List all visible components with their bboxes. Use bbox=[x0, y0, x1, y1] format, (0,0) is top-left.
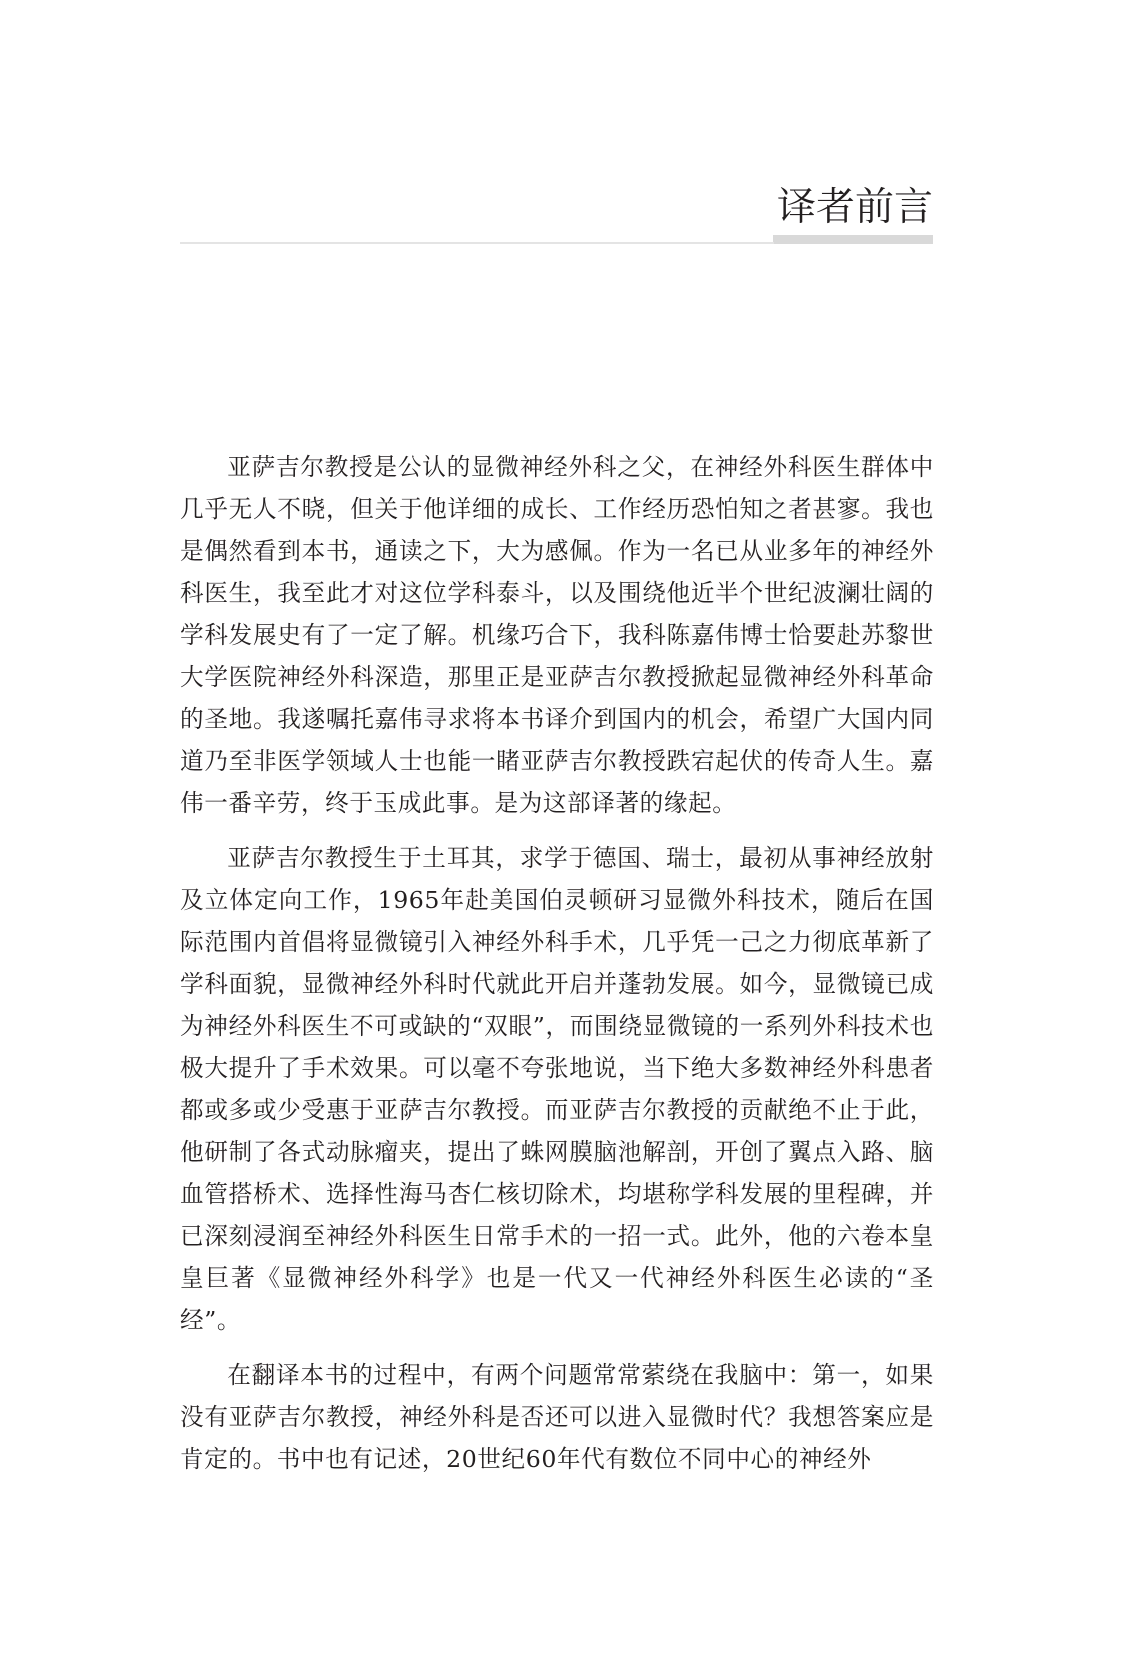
paragraph-2: 亚萨吉尔教授生于土耳其，求学于德国、瑞士，最初从事神经放射及立体定向工作，196… bbox=[180, 837, 934, 1341]
body-text: 亚萨吉尔教授是公认的显微神经外科之父，在神经外科医生群体中几乎无人不晓，但关于他… bbox=[180, 446, 934, 1493]
paragraph-1: 亚萨吉尔教授是公认的显微神经外科之父，在神经外科医生群体中几乎无人不晓，但关于他… bbox=[180, 446, 934, 824]
chapter-title: 译者前言 bbox=[773, 182, 933, 234]
chapter-heading: 译者前言 bbox=[773, 182, 933, 244]
document-page: 译者前言 亚萨吉尔教授是公认的显微神经外科之父，在神经外科医生群体中几乎无人不晓… bbox=[0, 0, 1142, 1654]
title-underline-bar bbox=[773, 235, 933, 244]
paragraph-3: 在翻译本书的过程中，有两个问题常常萦绕在我脑中：第一，如果没有亚萨吉尔教授，神经… bbox=[180, 1354, 934, 1480]
header-divider bbox=[180, 242, 774, 244]
